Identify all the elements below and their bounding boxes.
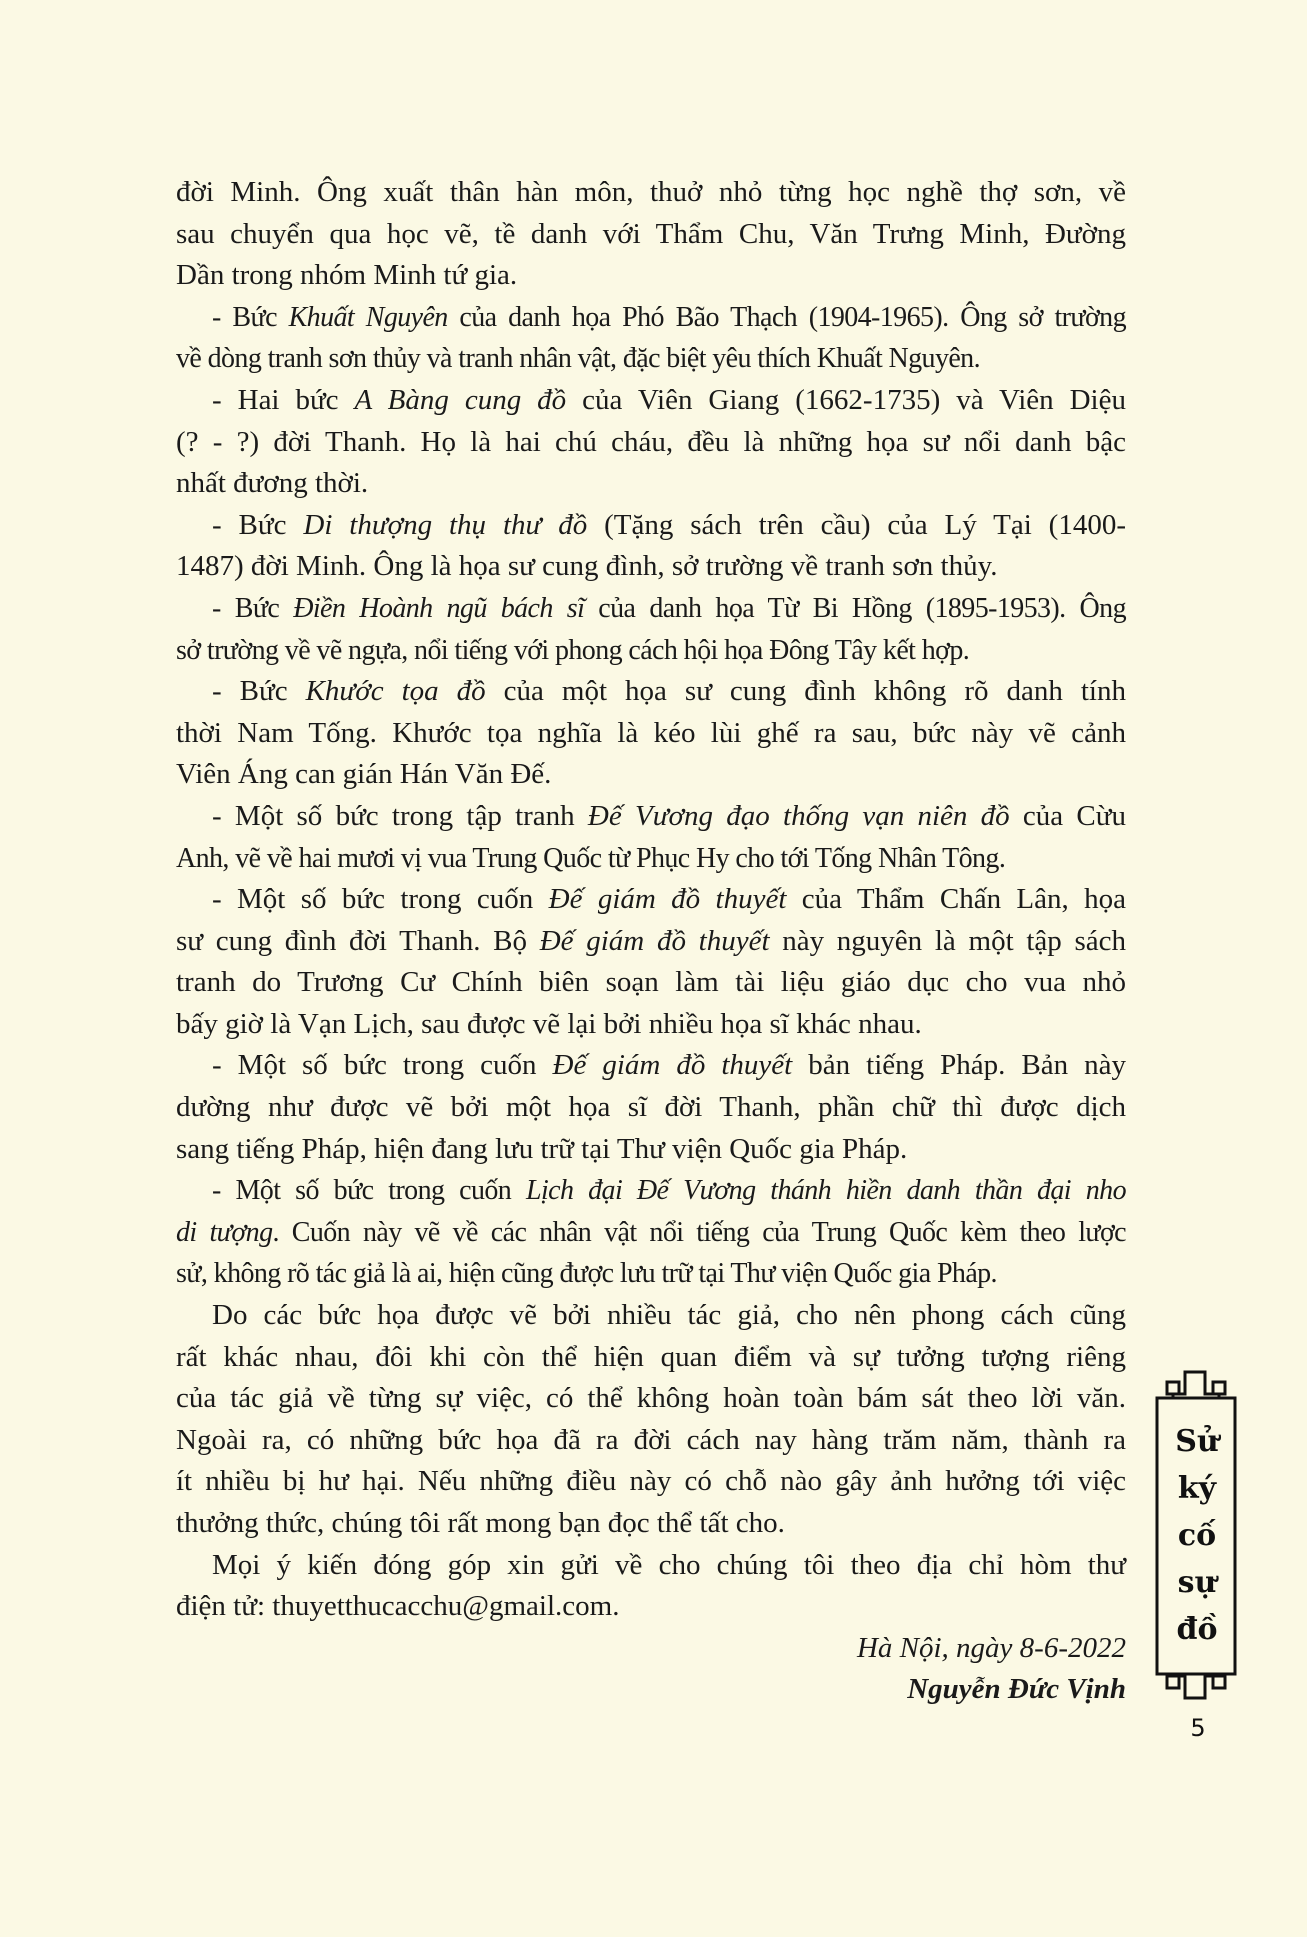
artwork-title: di tượng (176, 1217, 272, 1248)
artwork-title: Khước tọa đồ (306, 675, 486, 707)
text-line: tranh do Trương Cư Chính biên soạn làm t… (176, 962, 1126, 1004)
text-line: Anh, vẽ về hai mươi vị vua Trung Quốc từ… (176, 838, 1126, 880)
text-line: di tượng. Cuốn này vẽ về các nhân vật nổ… (176, 1212, 1126, 1254)
text-line: sang tiếng Pháp, hiện đang lưu trữ tại T… (176, 1129, 1126, 1171)
side-tag-word: ký (1155, 1465, 1239, 1512)
text-line: của tác giả về từng sự việc, có thể khôn… (176, 1378, 1126, 1420)
text-line: rất khác nhau, đôi khi còn thể hiện quan… (176, 1337, 1126, 1379)
side-tag-word: sự (1155, 1559, 1239, 1606)
text-line: đời Minh. Ông xuất thân hàn môn, thuở nh… (176, 172, 1126, 214)
text-line: nhất đương thời. (176, 463, 1126, 505)
text-line: điện tử: thuyetthucacchu@gmail.com. (176, 1586, 1126, 1628)
text-line: - Bức Khước tọa đồ của một họa sư cung đ… (176, 671, 1126, 713)
text-line: 1487) đời Minh. Ông là họa sư cung đình,… (176, 546, 1126, 588)
text-line: sư cung đình đời Thanh. Bộ Đế giám đồ th… (176, 921, 1126, 963)
page-body: đời Minh. Ông xuất thân hàn môn, thuở nh… (176, 172, 1126, 1711)
artwork-title: Đế giám đồ thuyết (553, 1049, 793, 1081)
side-tag-word: Sử (1155, 1418, 1239, 1465)
page-number: 5 (1183, 1714, 1213, 1742)
text-line: - Bức Di thượng thụ thư đồ (Tặng sách tr… (176, 505, 1126, 547)
text-line: thưởng thức, chúng tôi rất mong bạn đọc … (176, 1503, 1126, 1545)
text-line: sau chuyển qua học vẽ, tề danh với Thẩm … (176, 214, 1126, 256)
text-line: Viên Áng can gián Hán Văn Đế. (176, 754, 1126, 796)
side-tag-word: đồ (1155, 1606, 1239, 1653)
text-line: - Bức Khuất Nguyên của danh họa Phó Bão … (176, 297, 1126, 339)
text-line: sử, không rõ tác giả là ai, hiện cũng đư… (176, 1253, 1126, 1295)
side-tag-title: Sử ký cố sự đồ (1155, 1418, 1239, 1653)
text-line: - Một số bức trong cuốn Đế giám đồ thuyế… (176, 879, 1126, 921)
text-line: - Một số bức trong cuốn Đế giám đồ thuyế… (176, 1045, 1126, 1087)
artwork-title: Lịch đại Đế Vương thánh hiền danh thần đ… (526, 1175, 1126, 1206)
text-line: Do các bức họa được vẽ bởi nhiều tác giả… (176, 1295, 1126, 1337)
text-line: Ngoài ra, có những bức họa đã ra đời các… (176, 1420, 1126, 1462)
text-line: về dòng tranh sơn thủy và tranh nhân vật… (176, 338, 1126, 380)
text-line: ít nhiều bị hư hại. Nếu những điều này c… (176, 1461, 1126, 1503)
artwork-title: Đế giám đồ thuyết (540, 925, 770, 957)
text-line: Dần trong nhóm Minh tứ gia. (176, 255, 1126, 297)
text-line: - Một số bức trong cuốn Lịch đại Đế Vươn… (176, 1170, 1126, 1212)
signature-author: Nguyễn Đức Vịnh (176, 1669, 1126, 1711)
text-line: - Hai bức A Bàng cung đồ của Viên Giang … (176, 380, 1126, 422)
side-tag-word: cố (1155, 1512, 1239, 1559)
signature-place-date: Hà Nội, ngày 8-6-2022 (176, 1628, 1126, 1670)
text-line: dường như được vẽ bởi một họa sĩ đời Tha… (176, 1087, 1126, 1129)
artwork-title: Đế Vương đạo thống vạn niên đồ (588, 800, 1010, 832)
artwork-title: Di thượng thụ thư đồ (303, 509, 587, 541)
text-line: - Bức Điền Hoành ngũ bách sĩ của danh họ… (176, 588, 1126, 630)
text-line: bấy giờ là Vạn Lịch, sau được vẽ lại bởi… (176, 1004, 1126, 1046)
artwork-title: Đế giám đồ thuyết (549, 883, 787, 915)
artwork-title: A Bàng cung đồ (355, 384, 567, 416)
book-title-side-tag: Sử ký cố sự đồ (1155, 1370, 1239, 1700)
text-line: thời Nam Tống. Khước tọa nghĩa là kéo lù… (176, 713, 1126, 755)
text-line: (? - ?) đời Thanh. Họ là hai chú cháu, đ… (176, 422, 1126, 464)
artwork-title: Điền Hoành ngũ bách sĩ (293, 593, 584, 624)
text-line: - Một số bức trong tập tranh Đế Vương đạ… (176, 796, 1126, 838)
text-line: Mọi ý kiến đóng góp xin gửi về cho chúng… (176, 1545, 1126, 1587)
artwork-title: Khuất Nguyên (289, 302, 448, 333)
text-line: sở trường về vẽ ngựa, nổi tiếng với phon… (176, 630, 1126, 672)
